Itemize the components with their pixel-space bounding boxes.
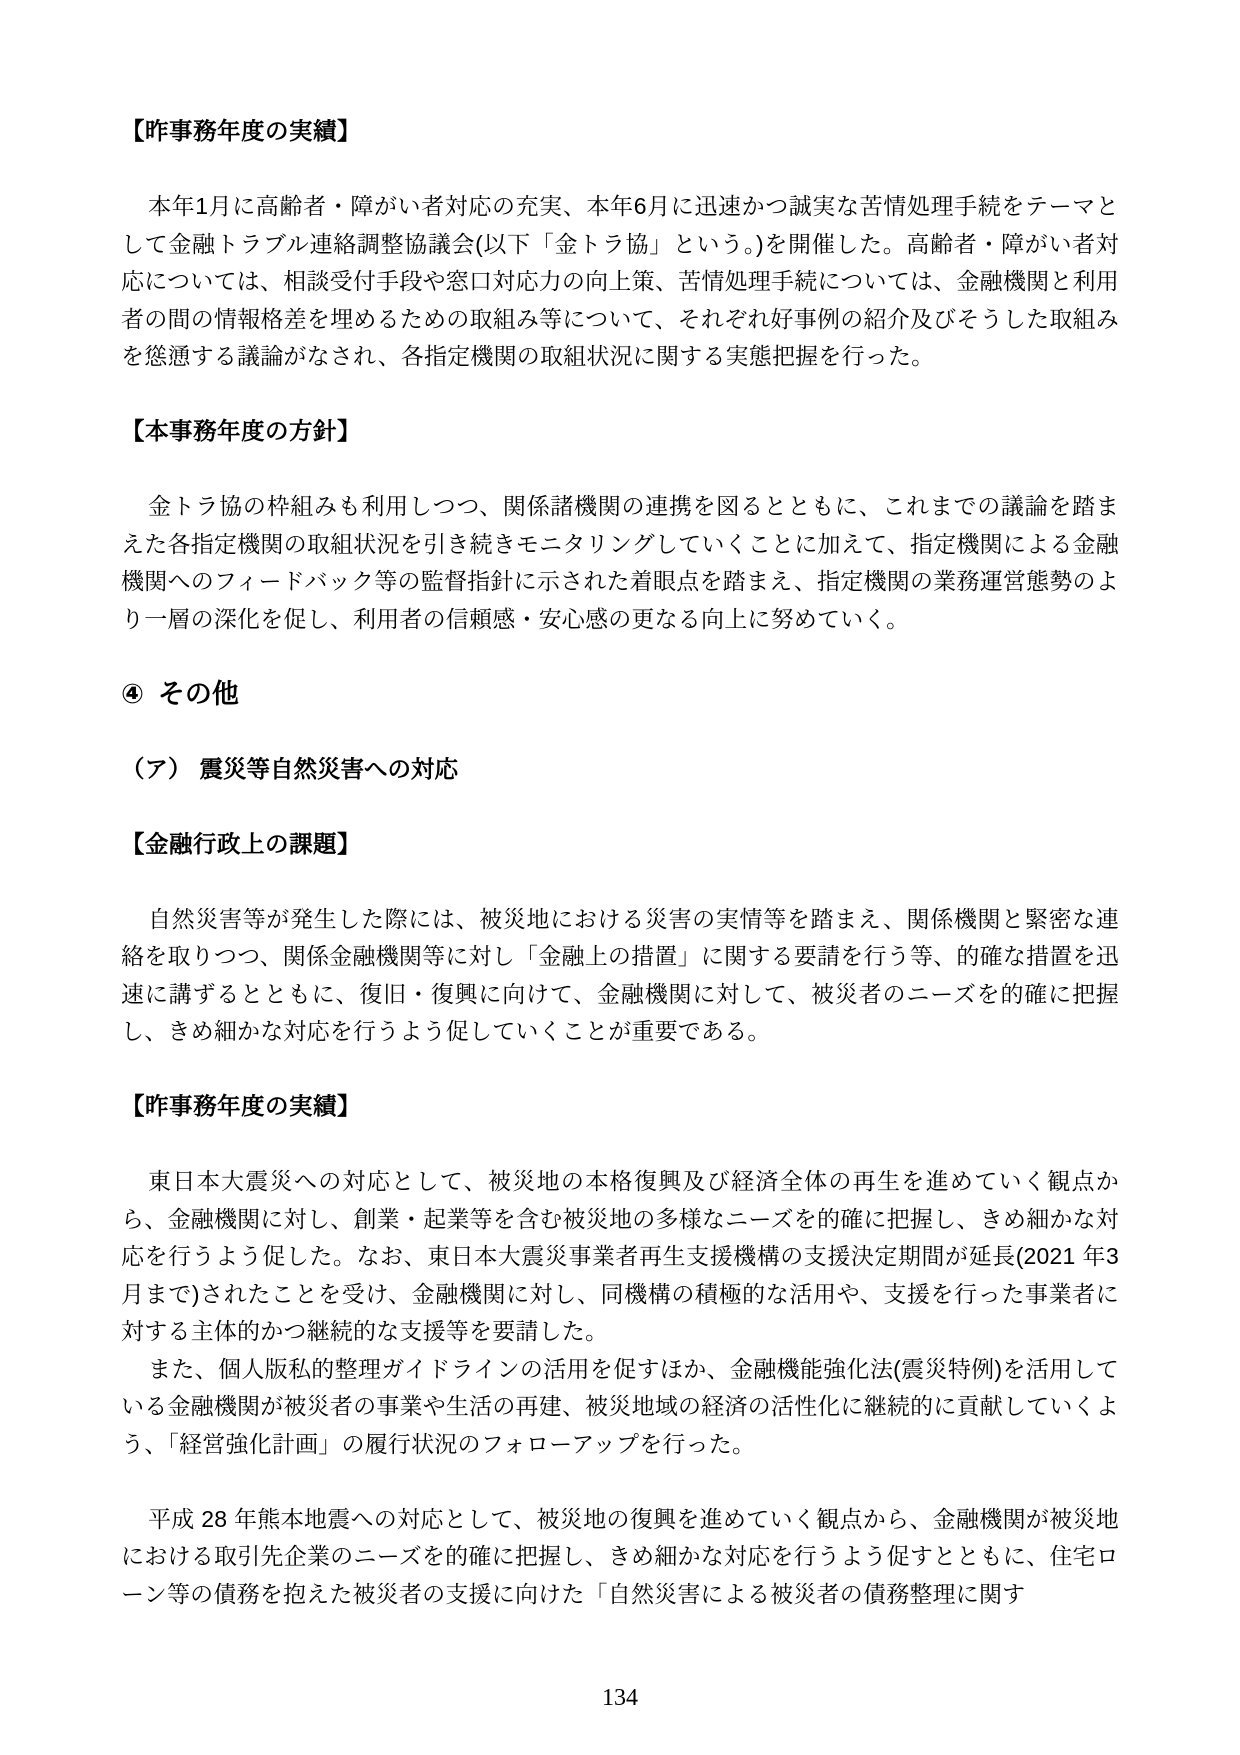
document-page: 【昨事務年度の実績】 本年1月に高齢者・障がい者対応の充実、本年6月に迅速かつ誠… <box>0 0 1240 1755</box>
paragraph-guideline-followup: また、個人版私的整理ガイドラインの活用を促すほか、金融機能強化法(震災特例)を活… <box>121 1351 1119 1464</box>
section-heading-admin-issues: 【金融行政上の課題】 <box>121 826 1119 864</box>
page-number: 134 <box>0 1683 1240 1713</box>
paragraph-kintora-policy: 金トラ協の枠組みも利用しつつ、関係諸機関の連携を図るとともに、これまでの議論を踏… <box>121 488 1119 638</box>
paragraph-admin-issues: 自然災害等が発生した際には、被災地における災害の実情等を踏まえ、関係機関と緊密な… <box>121 901 1119 1051</box>
paragraph-tohoku-earthquake: 東日本大震災への対応として、被災地の本格復興及び経済全体の再生を進めていく観点か… <box>121 1163 1119 1351</box>
heading-other: ④その他 <box>121 676 1119 714</box>
subheading-disaster-label: 震災等自然災害への対応 <box>200 756 459 782</box>
heading-other-number: ④ <box>121 679 144 709</box>
section-heading-last-year-results-1: 【昨事務年度の実績】 <box>121 113 1119 151</box>
section-heading-last-year-results-2: 【昨事務年度の実績】 <box>121 1088 1119 1126</box>
paragraph-kumamoto-earthquake: 平成 28 年熊本地震への対応として、被災地の復興を進めていく観点から、金融機関… <box>121 1501 1119 1614</box>
section-heading-current-year-policy: 【本事務年度の方針】 <box>121 413 1119 451</box>
paragraph-kintora-results: 本年1月に高齢者・障がい者対応の充実、本年6月に迅速かつ誠実な苦情処理手続をテー… <box>121 188 1119 376</box>
subheading-disaster-prefix: （ア） <box>121 756 192 782</box>
heading-other-label: その他 <box>158 679 239 709</box>
subheading-disaster-response: （ア）震災等自然災害への対応 <box>121 751 1119 789</box>
